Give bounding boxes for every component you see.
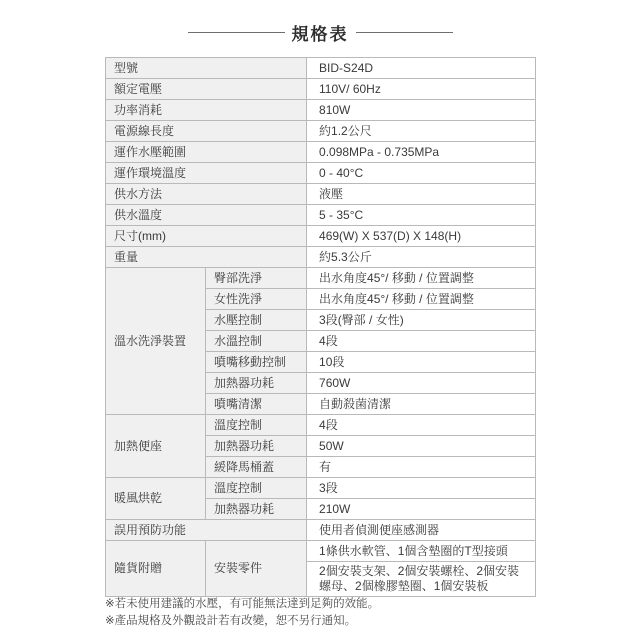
- spec-value: 約1.2公尺: [307, 121, 536, 142]
- spec-value: 2個安裝支架、2個安裝螺栓、2個安裝螺母、2個橡膠墊圈、1個安裝板: [307, 562, 536, 597]
- sub-label: 女性洗淨: [206, 289, 307, 310]
- spec-label: 功率消耗: [106, 100, 307, 121]
- table-row: 重量 約5.3公斤: [106, 247, 536, 268]
- footnotes: ※若未使用建議的水壓，有可能無法達到足夠的效能。 ※產品規格及外觀設計若有改變，…: [105, 596, 575, 629]
- group-label: 隨貨附贈: [106, 541, 206, 597]
- spec-value: 1條供水軟管、1個含墊圈的T型接頭: [307, 541, 536, 562]
- spec-label: 誤用預防功能: [106, 520, 307, 541]
- table-row: 額定電壓 110V/ 60Hz: [106, 79, 536, 100]
- sub-label: 水壓控制: [206, 310, 307, 331]
- spec-value: 760W: [307, 373, 536, 394]
- spec-value: 469(W) X 537(D) X 148(H): [307, 226, 536, 247]
- table-row: 加熱便座 溫度控制 4段: [106, 415, 536, 436]
- spec-value: 210W: [307, 499, 536, 520]
- sub-label: 溫度控制: [206, 415, 307, 436]
- spec-value: 有: [307, 457, 536, 478]
- spec-value: 3段: [307, 478, 536, 499]
- sub-label: 水溫控制: [206, 331, 307, 352]
- sub-label: 安裝零件: [206, 541, 307, 597]
- table-row: 溫水洗淨裝置 臀部洗淨 出水角度45°/ 移動 / 位置調整: [106, 268, 536, 289]
- spec-value: 0 - 40°C: [307, 163, 536, 184]
- spec-label: 運作環境溫度: [106, 163, 307, 184]
- footnote-line: ※產品規格及外觀設計若有改變，恕不另行通知。: [105, 613, 575, 630]
- spec-label: 供水方法: [106, 184, 307, 205]
- spec-value: 液壓: [307, 184, 536, 205]
- page-title: 規格表: [292, 20, 349, 45]
- spec-value: 810W: [307, 100, 536, 121]
- title-right-rule: [356, 32, 453, 33]
- spec-value: 10段: [307, 352, 536, 373]
- spec-label: 運作水壓範圍: [106, 142, 307, 163]
- spec-label: 重量: [106, 247, 307, 268]
- sub-label: 溫度控制: [206, 478, 307, 499]
- footnote-line: ※若未使用建議的水壓，有可能無法達到足夠的效能。: [105, 596, 575, 613]
- spec-value: 4段: [307, 331, 536, 352]
- sub-label: 臀部洗淨: [206, 268, 307, 289]
- page-title-block: 規格表: [0, 20, 640, 45]
- spec-value: 3段(臀部 / 女性): [307, 310, 536, 331]
- group-label: 加熱便座: [106, 415, 206, 478]
- group-label: 暖風烘乾: [106, 478, 206, 520]
- spec-table: 型號 BID-S24D 額定電壓 110V/ 60Hz 功率消耗 810W 電源…: [105, 57, 536, 597]
- sub-label: 加熱器功耗: [206, 373, 307, 394]
- group-label: 溫水洗淨裝置: [106, 268, 206, 415]
- table-row: 尺寸(mm) 469(W) X 537(D) X 148(H): [106, 226, 536, 247]
- spec-label: 尺寸(mm): [106, 226, 307, 247]
- spec-value: 自動殺菌清潔: [307, 394, 536, 415]
- spec-label: 額定電壓: [106, 79, 307, 100]
- spec-value: 110V/ 60Hz: [307, 79, 536, 100]
- table-row: 供水溫度 5 - 35°C: [106, 205, 536, 226]
- spec-value: 50W: [307, 436, 536, 457]
- table-row: 供水方法 液壓: [106, 184, 536, 205]
- table-row: 型號 BID-S24D: [106, 58, 536, 79]
- table-row: 隨貨附贈 安裝零件 1條供水軟管、1個含墊圈的T型接頭: [106, 541, 536, 562]
- spec-value: 使用者偵測便座感測器: [307, 520, 536, 541]
- table-row: 運作水壓範圍 0.098MPa - 0.735MPa: [106, 142, 536, 163]
- spec-sheet-page: 規格表 型號 BID-S24D 額定電壓 110V/ 60Hz 功率消耗 810…: [0, 0, 640, 640]
- table-row: 誤用預防功能 使用者偵測便座感測器: [106, 520, 536, 541]
- table-row: 電源線長度 約1.2公尺: [106, 121, 536, 142]
- title-left-rule: [188, 32, 285, 33]
- table-row: 功率消耗 810W: [106, 100, 536, 121]
- spec-value: 出水角度45°/ 移動 / 位置調整: [307, 289, 536, 310]
- sub-label: 加熱器功耗: [206, 436, 307, 457]
- sub-label: 噴嘴清潔: [206, 394, 307, 415]
- spec-value: 出水角度45°/ 移動 / 位置調整: [307, 268, 536, 289]
- spec-label: 電源線長度: [106, 121, 307, 142]
- spec-value: 5 - 35°C: [307, 205, 536, 226]
- spec-label: 供水溫度: [106, 205, 307, 226]
- table-row: 暖風烘乾 溫度控制 3段: [106, 478, 536, 499]
- sub-label: 緩降馬桶蓋: [206, 457, 307, 478]
- spec-value: 約5.3公斤: [307, 247, 536, 268]
- spec-value: 4段: [307, 415, 536, 436]
- spec-value: BID-S24D: [307, 58, 536, 79]
- sub-label: 噴嘴移動控制: [206, 352, 307, 373]
- sub-label: 加熱器功耗: [206, 499, 307, 520]
- spec-label: 型號: [106, 58, 307, 79]
- table-row: 運作環境溫度 0 - 40°C: [106, 163, 536, 184]
- spec-value: 0.098MPa - 0.735MPa: [307, 142, 536, 163]
